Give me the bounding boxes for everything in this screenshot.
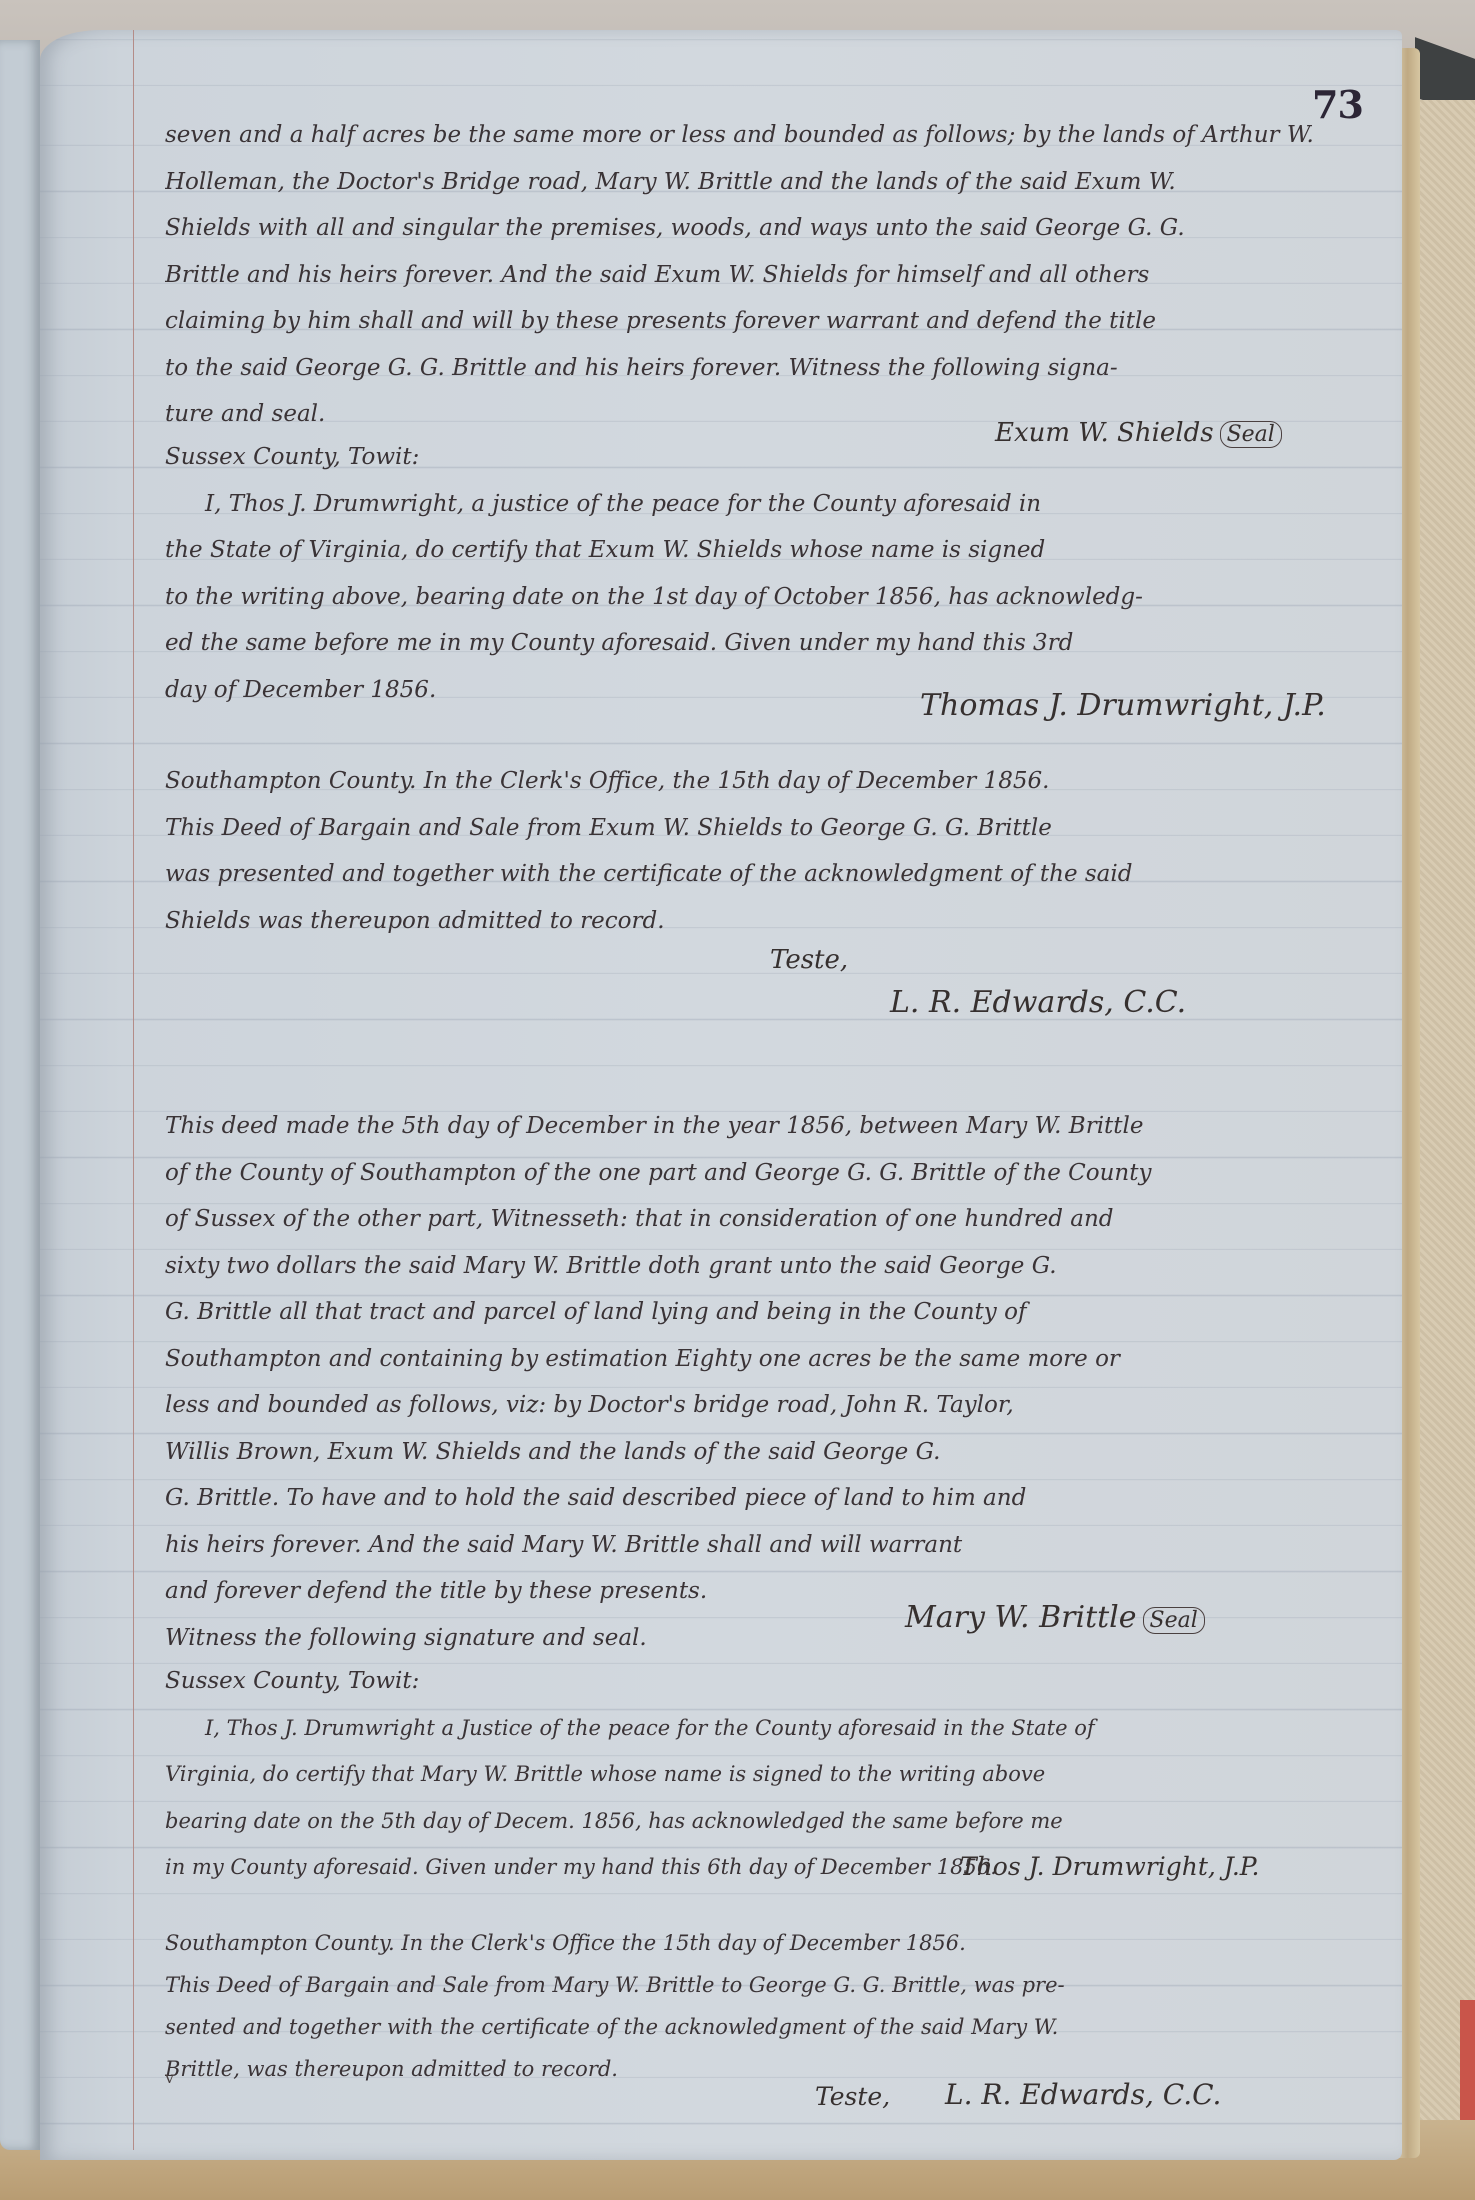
recording-1: Southampton County. In the Clerk's Offic… — [165, 758, 1395, 944]
section-heading: Sussex County, Towit: — [165, 434, 1395, 481]
signature-mary-brittle: Mary W. BrittleSeal — [905, 1600, 1205, 1635]
text-line: of Sussex of the other part, Witnesseth:… — [165, 1196, 1395, 1243]
recording-2: Southampton County. In the Clerk's Offic… — [165, 1922, 1395, 2090]
seal-mark: Seal — [1143, 1607, 1205, 1634]
text-line: of the County of Southampton of the one … — [165, 1150, 1395, 1197]
facing-page-edge — [0, 40, 40, 2150]
text-line: less and bounded as follows, viz: by Doc… — [165, 1382, 1395, 1429]
text-line: ed the same before me in my County afore… — [165, 620, 1395, 667]
text-line: claiming by him shall and will by these … — [165, 298, 1395, 345]
text-line: seven and a half acres be the same more … — [165, 112, 1395, 159]
text-line: Brittle and his heirs forever. And the s… — [165, 252, 1395, 299]
deed-2-body: This deed made the 5th day of December i… — [165, 1103, 1395, 1661]
text-line: G. Brittle. To have and to hold the said… — [165, 1475, 1395, 1522]
margin-checkmark: v — [165, 2068, 174, 2087]
text-line: his heirs forever. And the said Mary W. … — [165, 1522, 1395, 1569]
text-line: I, Thos J. Drumwright, a justice of the … — [165, 481, 1395, 528]
text-line: Holleman, the Doctor's Bridge road, Mary… — [165, 159, 1395, 206]
text-line: Southampton and containing by estimation… — [165, 1336, 1395, 1383]
acknowledgment-1: Sussex County, Towit: I, Thos J. Drumwri… — [165, 434, 1395, 713]
text-line: Virginia, do certify that Mary W. Brittl… — [165, 1751, 1395, 1798]
signature-thos-drumwright: Thos J. Drumwright, J.P. — [960, 1852, 1260, 1881]
text-line: sixty two dollars the said Mary W. Britt… — [165, 1243, 1395, 1290]
teste-label: Teste, — [770, 945, 848, 975]
text-line: I, Thos J. Drumwright a Justice of the p… — [165, 1705, 1395, 1752]
text-line: G. Brittle all that tract and parcel of … — [165, 1289, 1395, 1336]
bookmark-ribbon — [1460, 2000, 1475, 2120]
text-line: sented and together with the certificate… — [165, 2006, 1395, 2048]
margin-rule — [133, 30, 134, 2150]
text-line: This Deed of Bargain and Sale from Mary … — [165, 1964, 1395, 2006]
text-line: This Deed of Bargain and Sale from Exum … — [165, 805, 1395, 852]
text-line: Witness the following signature and seal… — [165, 1615, 1395, 1662]
signature-edwards-clerk: L. R. Edwards, C.C. — [890, 985, 1186, 1020]
deed1-continuation: seven and a half acres be the same more … — [165, 112, 1395, 438]
text-line: to the said George G. G. Brittle and his… — [165, 345, 1395, 392]
text-line: to the writing above, bearing date on th… — [165, 574, 1395, 621]
text-line: bearing date on the 5th day of Decem. 18… — [165, 1798, 1395, 1845]
text-line: Shields with all and singular the premis… — [165, 205, 1395, 252]
text-line: Southampton County. In the Clerk's Offic… — [165, 758, 1395, 805]
text-line: the State of Virginia, do certify that E… — [165, 527, 1395, 574]
signature-text: Mary W. Brittle — [905, 1600, 1137, 1635]
text-line: and forever defend the title by these pr… — [165, 1568, 1395, 1615]
signature-edwards-clerk: L. R. Edwards, C.C. — [945, 2078, 1221, 2111]
text-line: This deed made the 5th day of December i… — [165, 1103, 1395, 1150]
text-line: Willis Brown, Exum W. Shields and the la… — [165, 1429, 1395, 1476]
text-line: Southampton County. In the Clerk's Offic… — [165, 1922, 1395, 1964]
text-line: Shields was thereupon admitted to record… — [165, 898, 1395, 945]
text-line: was presented and together with the cert… — [165, 851, 1395, 898]
signature-thomas-drumwright: Thomas J. Drumwright, J.P. — [920, 688, 1326, 723]
section-heading: Sussex County, Towit: — [165, 1658, 1395, 1705]
teste-label: Teste, — [815, 2082, 890, 2111]
